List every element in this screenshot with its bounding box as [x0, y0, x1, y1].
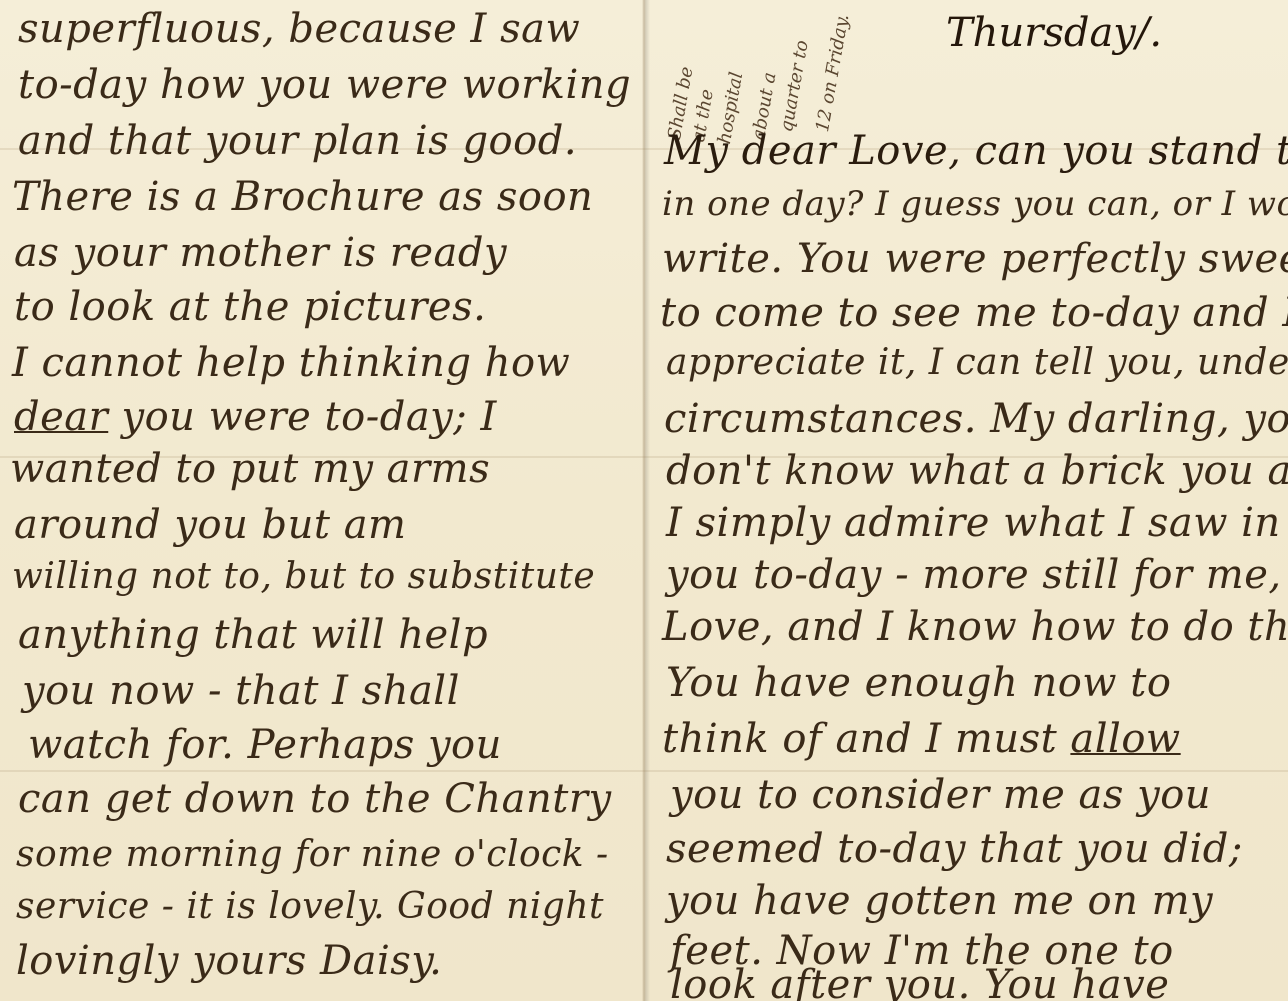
- letter-line: look after you. You have: [670, 962, 1169, 1001]
- margin-note: Shall be at the hospital about a quarter…: [648, 0, 868, 140]
- letter-line: circumstances. My darling, you: [664, 396, 1288, 442]
- letter-line: can get down to the Chantry: [18, 776, 612, 822]
- letter-line: you now - that I shall: [22, 668, 460, 714]
- letter-line: think of and I must allow: [662, 716, 1181, 762]
- letter-line: I simply admire what I saw in: [666, 500, 1281, 546]
- salutation-line: My dear Love, can you stand two: [664, 128, 1288, 174]
- letter-line: dear you were to-day; I: [14, 394, 497, 440]
- letter-line: watch for. Perhaps you: [28, 722, 502, 768]
- letter-line: Love, and I know how to do that.: [662, 604, 1288, 650]
- letter-line-start: think of and I must: [662, 716, 1070, 762]
- letter-line: wanted to put my arms: [10, 446, 490, 492]
- letter-line: some morning for nine o'clock -: [16, 834, 609, 875]
- letter-line: to look at the pictures.: [14, 284, 486, 330]
- letter-line: don't know what a brick you are;: [666, 448, 1288, 494]
- letter-line: appreciate it, I can tell you, under the: [666, 342, 1288, 383]
- letter-line: you to-day - more still for me,: [666, 552, 1282, 598]
- underlined-word: dear: [14, 394, 108, 440]
- letter-line: to come to see me to-day and I: [660, 290, 1288, 336]
- letter-line: write. You were perfectly sweet: [662, 236, 1288, 282]
- margin-note-line: quarter to: [776, 39, 813, 134]
- letter-line: I cannot help thinking how: [12, 340, 570, 386]
- letter-scan: superfluous, because I saw to-day how yo…: [0, 0, 1288, 1001]
- letter-line: willing not to, but to substitute: [12, 556, 595, 597]
- letter-line: service - it is lovely. Good night: [16, 886, 604, 927]
- letter-line: and that your plan is good.: [18, 118, 577, 164]
- letter-line: as your mother is ready: [14, 230, 507, 276]
- right-page: Shall be at the hospital about a quarter…: [648, 0, 1288, 1001]
- letter-line: seemed to-day that you did;: [666, 826, 1243, 872]
- letter-line: you have gotten me on my: [666, 878, 1213, 924]
- letter-line-rest: you were to-day; I: [108, 394, 497, 440]
- letter-line: around you but am: [14, 502, 406, 548]
- letter-line: to-day how you were working: [18, 62, 631, 108]
- letter-date: Thursday/.: [946, 10, 1162, 56]
- letter-line: You have enough now to: [666, 660, 1171, 706]
- letter-line: anything that will help: [18, 612, 488, 658]
- margin-note-line: 12 on Friday.: [812, 12, 853, 133]
- letter-line: superfluous, because I saw: [18, 6, 580, 52]
- letter-line: There is a Brochure as soon: [12, 174, 593, 220]
- letter-line: you to consider me as you: [670, 772, 1211, 818]
- letter-line: in one day? I guess you can, or I wouldn…: [662, 184, 1288, 224]
- underlined-word: allow: [1070, 716, 1180, 762]
- left-page: superfluous, because I saw to-day how yo…: [0, 0, 642, 1001]
- signature-line: lovingly yours Daisy.: [16, 938, 442, 984]
